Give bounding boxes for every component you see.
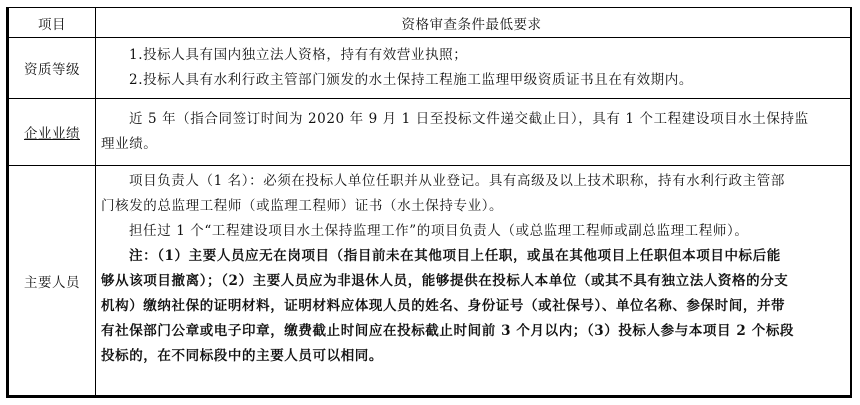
requirement-line: 2.投标人具有水利行政主管部门颁发的水土保持工程施工监理甲级资质证书且在有效期内…	[101, 68, 842, 93]
requirement-line: 理业绩。	[101, 132, 842, 157]
row-content: 1.投标人具有国内独立法人资格，持有有效营业执照； 2.投标人具有水利行政主管部…	[97, 38, 850, 98]
requirement-line: 1.投标人具有国内独立法人资格，持有有效营业执照；	[101, 43, 842, 68]
table-row-qualification: 资质等级 1.投标人具有国内独立法人资格，持有有效营业执照； 2.投标人具有水利…	[9, 38, 850, 99]
note-line: 投标的，在不同标段中的主要人员可以相同。	[101, 344, 842, 369]
row-content: 近 5 年（指合同签订时间为 2020 年 9 月 1 日至投标文件递交截止日）…	[97, 99, 850, 165]
header-item: 项目	[9, 8, 96, 37]
note-line: 够从该项目撤离）；（2）主要人员应为非退休人员，能够提供在投标人本单位（或其不具…	[101, 269, 842, 294]
row-label: 主要人员	[9, 166, 96, 396]
requirement-line: 门核发的总监理工程师（或监理工程师）证书（水土保持专业）。	[101, 194, 842, 219]
requirement-line: 近 5 年（指合同签订时间为 2020 年 9 月 1 日至投标文件递交截止日）…	[101, 107, 842, 132]
table-row-personnel: 主要人员 项目负责人（1 名）：必须在投标人单位任职并从业登记。具有高级及以上技…	[9, 166, 850, 396]
requirement-line: 项目负责人（1 名）：必须在投标人单位任职并从业登记。具有高级及以上技术职称，持…	[101, 169, 842, 194]
qualification-table: 项目 资格审查条件最低要求 资质等级 1.投标人具有国内独立法人资格，持有有效营…	[6, 7, 852, 398]
header-requirements: 资格审查条件最低要求	[97, 8, 850, 37]
note-line: 机构）缴纳社保的证明材料，证明材料应体现人员的姓名、身份证号（或社保号）、单位名…	[101, 294, 842, 319]
note-line: 有社保部门公章或电子印章，缴费截止时间应在投标截止时间前 3 个月以内；（3）投…	[101, 319, 842, 344]
row-label: 企业业绩	[9, 99, 96, 165]
table-header-row: 项目 资格审查条件最低要求	[9, 8, 850, 38]
table-row-performance: 企业业绩 近 5 年（指合同签订时间为 2020 年 9 月 1 日至投标文件递…	[9, 99, 850, 166]
row-label: 资质等级	[9, 38, 96, 98]
note-line: 注：（1）主要人员应无在岗项目（指目前未在其他项目上任职，或虽在其他项目上任职但…	[101, 244, 842, 269]
requirement-line: 担任过 1 个“工程建设项目水土保持监理工作”的项目负责人（或总监理工程师或副总…	[101, 219, 842, 244]
row-content: 项目负责人（1 名）：必须在投标人单位任职并从业登记。具有高级及以上技术职称，持…	[97, 166, 850, 396]
